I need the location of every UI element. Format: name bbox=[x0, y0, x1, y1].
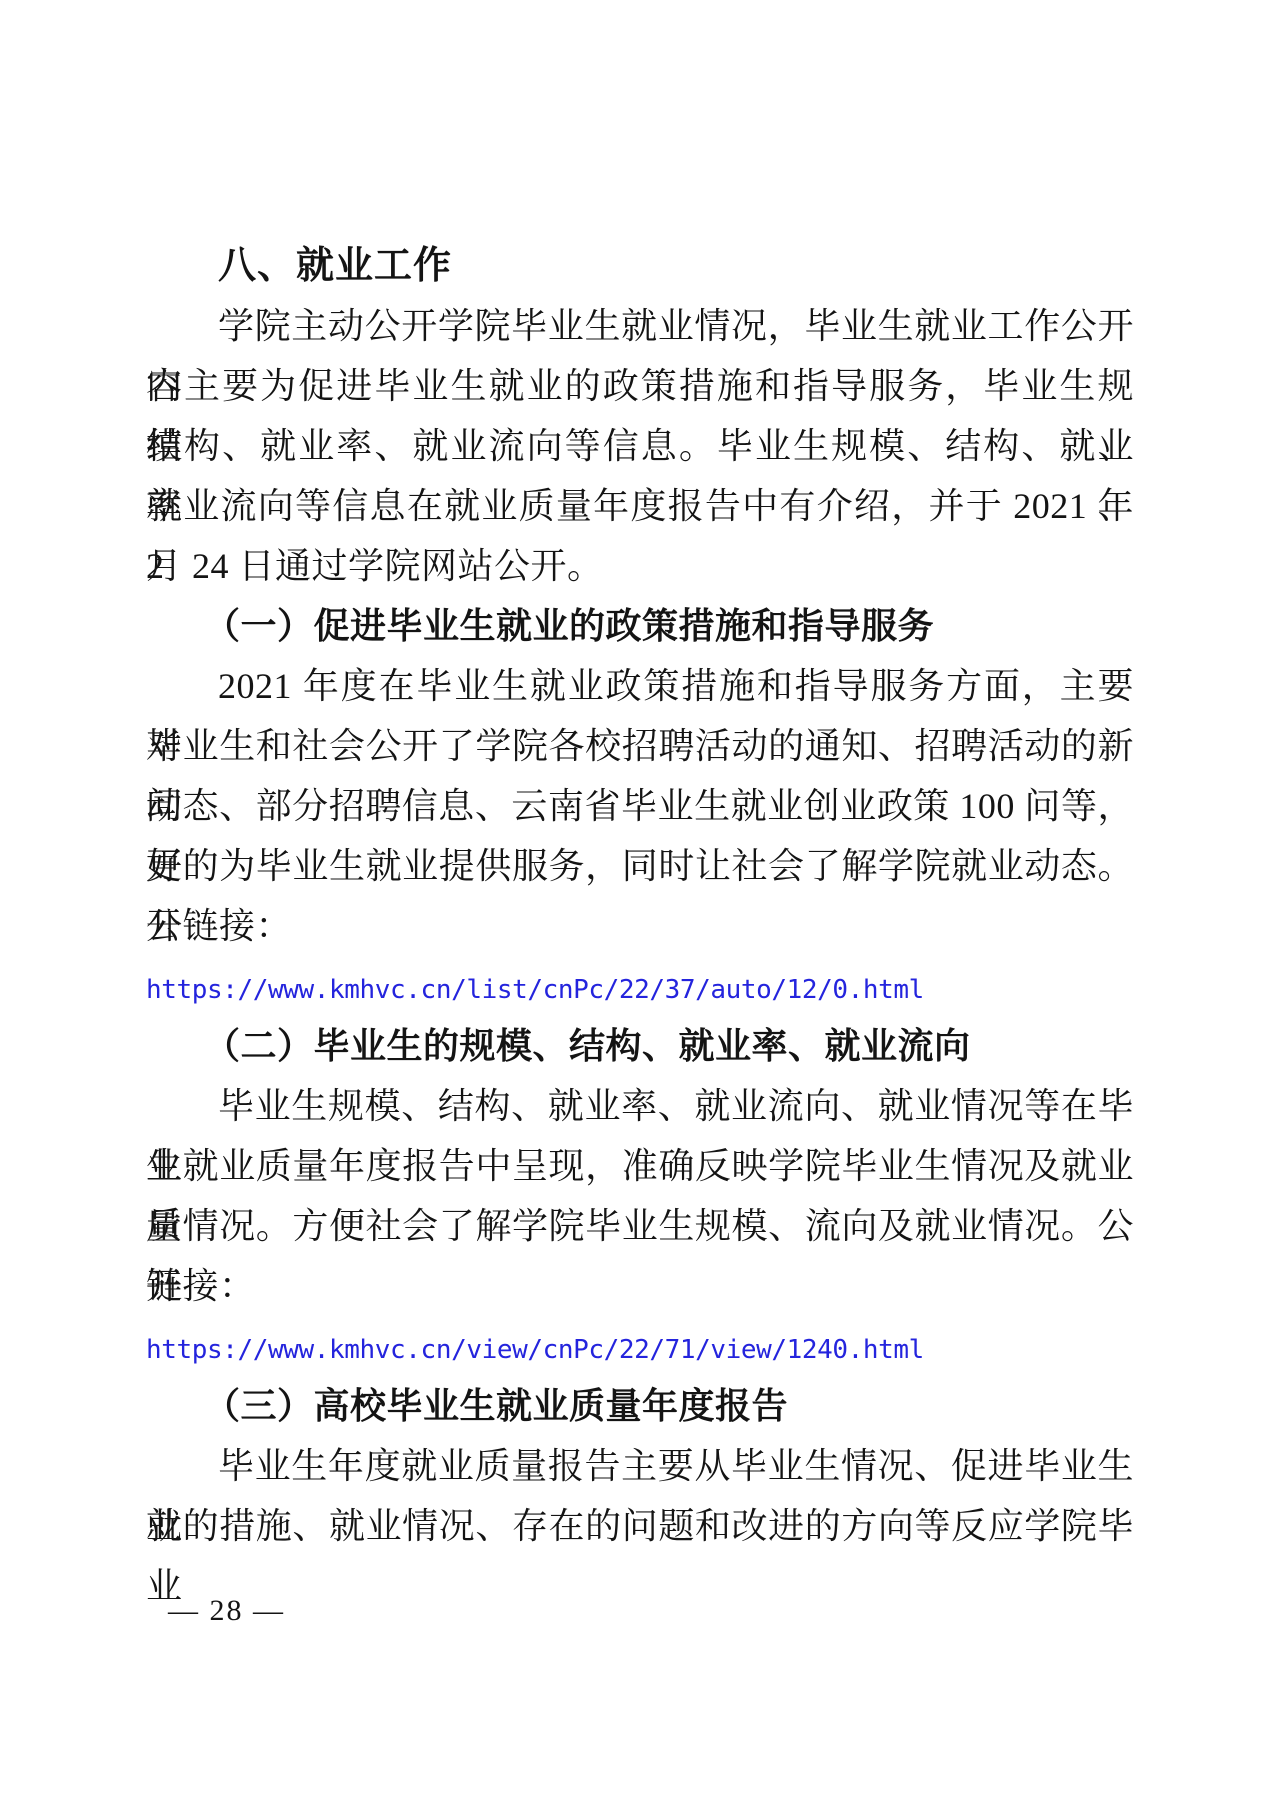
section-2-line-2: 生就业质量年度报告中呈现，准确反映学院毕业生情况及就业质 bbox=[146, 1136, 1134, 1196]
page-number: — 28 — bbox=[168, 1594, 285, 1628]
intro-line-5: 月 24 日通过学院网站公开。 bbox=[146, 536, 1134, 596]
section-1-line-1: 2021 年度在毕业生就业政策措施和指导服务方面，主要对 bbox=[146, 656, 1134, 716]
document-page: 八、就业工作 学院主动公开学院毕业生就业情况，毕业生就业工作公开内 容主要为促进… bbox=[0, 0, 1280, 1809]
document-content: 八、就业工作 学院主动公开学院毕业生就业情况，毕业生就业工作公开内 容主要为促进… bbox=[146, 236, 1134, 1556]
section-2-line-1: 毕业生规模、结构、就业率、就业流向、就业情况等在毕业 bbox=[146, 1076, 1134, 1136]
section-1-line-4: 好的为毕业生就业提供服务，同时让社会了解学院就业动态。公 bbox=[146, 836, 1134, 896]
section-2-line-3: 量情况。方便社会了解学院毕业生规模、流向及就业情况。公开 bbox=[146, 1196, 1134, 1256]
section-1-line-5: 开链接： bbox=[146, 896, 1134, 956]
section-3-line-1: 毕业生年度就业质量报告主要从毕业生情况、促进毕业生就 bbox=[146, 1436, 1134, 1496]
main-heading: 八、就业工作 bbox=[146, 236, 1134, 296]
intro-line-2: 容主要为促进毕业生就业的政策措施和指导服务，毕业生规模、 bbox=[146, 356, 1134, 416]
section-1-line-3: 动态、部分招聘信息、云南省毕业生就业创业政策 100 问等，更 bbox=[146, 776, 1134, 836]
graduate-scale-report-link[interactable]: https://www.kmhvc.cn/view/cnPc/22/71/vie… bbox=[146, 1335, 924, 1365]
section-1-link-row: https://www.kmhvc.cn/list/cnPc/22/37/aut… bbox=[146, 956, 1134, 1016]
subheading-section-3: （三）高校毕业生就业质量年度报告 bbox=[146, 1376, 1134, 1436]
section-1-line-2: 毕业生和社会公开了学院各校招聘活动的通知、招聘活动的新闻 bbox=[146, 716, 1134, 776]
section-3-line-2: 业的措施、就业情况、存在的问题和改进的方向等反应学院毕业 bbox=[146, 1496, 1134, 1556]
subheading-section-2: （二）毕业生的规模、结构、就业率、就业流向 bbox=[146, 1016, 1134, 1076]
subheading-section-1: （一）促进毕业生就业的政策措施和指导服务 bbox=[146, 596, 1134, 656]
intro-line-4: 就业流向等信息在就业质量年度报告中有介绍，并于 2021 年 2 bbox=[146, 476, 1134, 536]
intro-line-3: 结构、就业率、就业流向等信息。毕业生规模、结构、就业率、 bbox=[146, 416, 1134, 476]
intro-line-1: 学院主动公开学院毕业生就业情况，毕业生就业工作公开内 bbox=[146, 296, 1134, 356]
section-2-line-4: 链接： bbox=[146, 1256, 1134, 1316]
employment-policy-link[interactable]: https://www.kmhvc.cn/list/cnPc/22/37/aut… bbox=[146, 975, 924, 1005]
section-2-link-row: https://www.kmhvc.cn/view/cnPc/22/71/vie… bbox=[146, 1316, 1134, 1376]
